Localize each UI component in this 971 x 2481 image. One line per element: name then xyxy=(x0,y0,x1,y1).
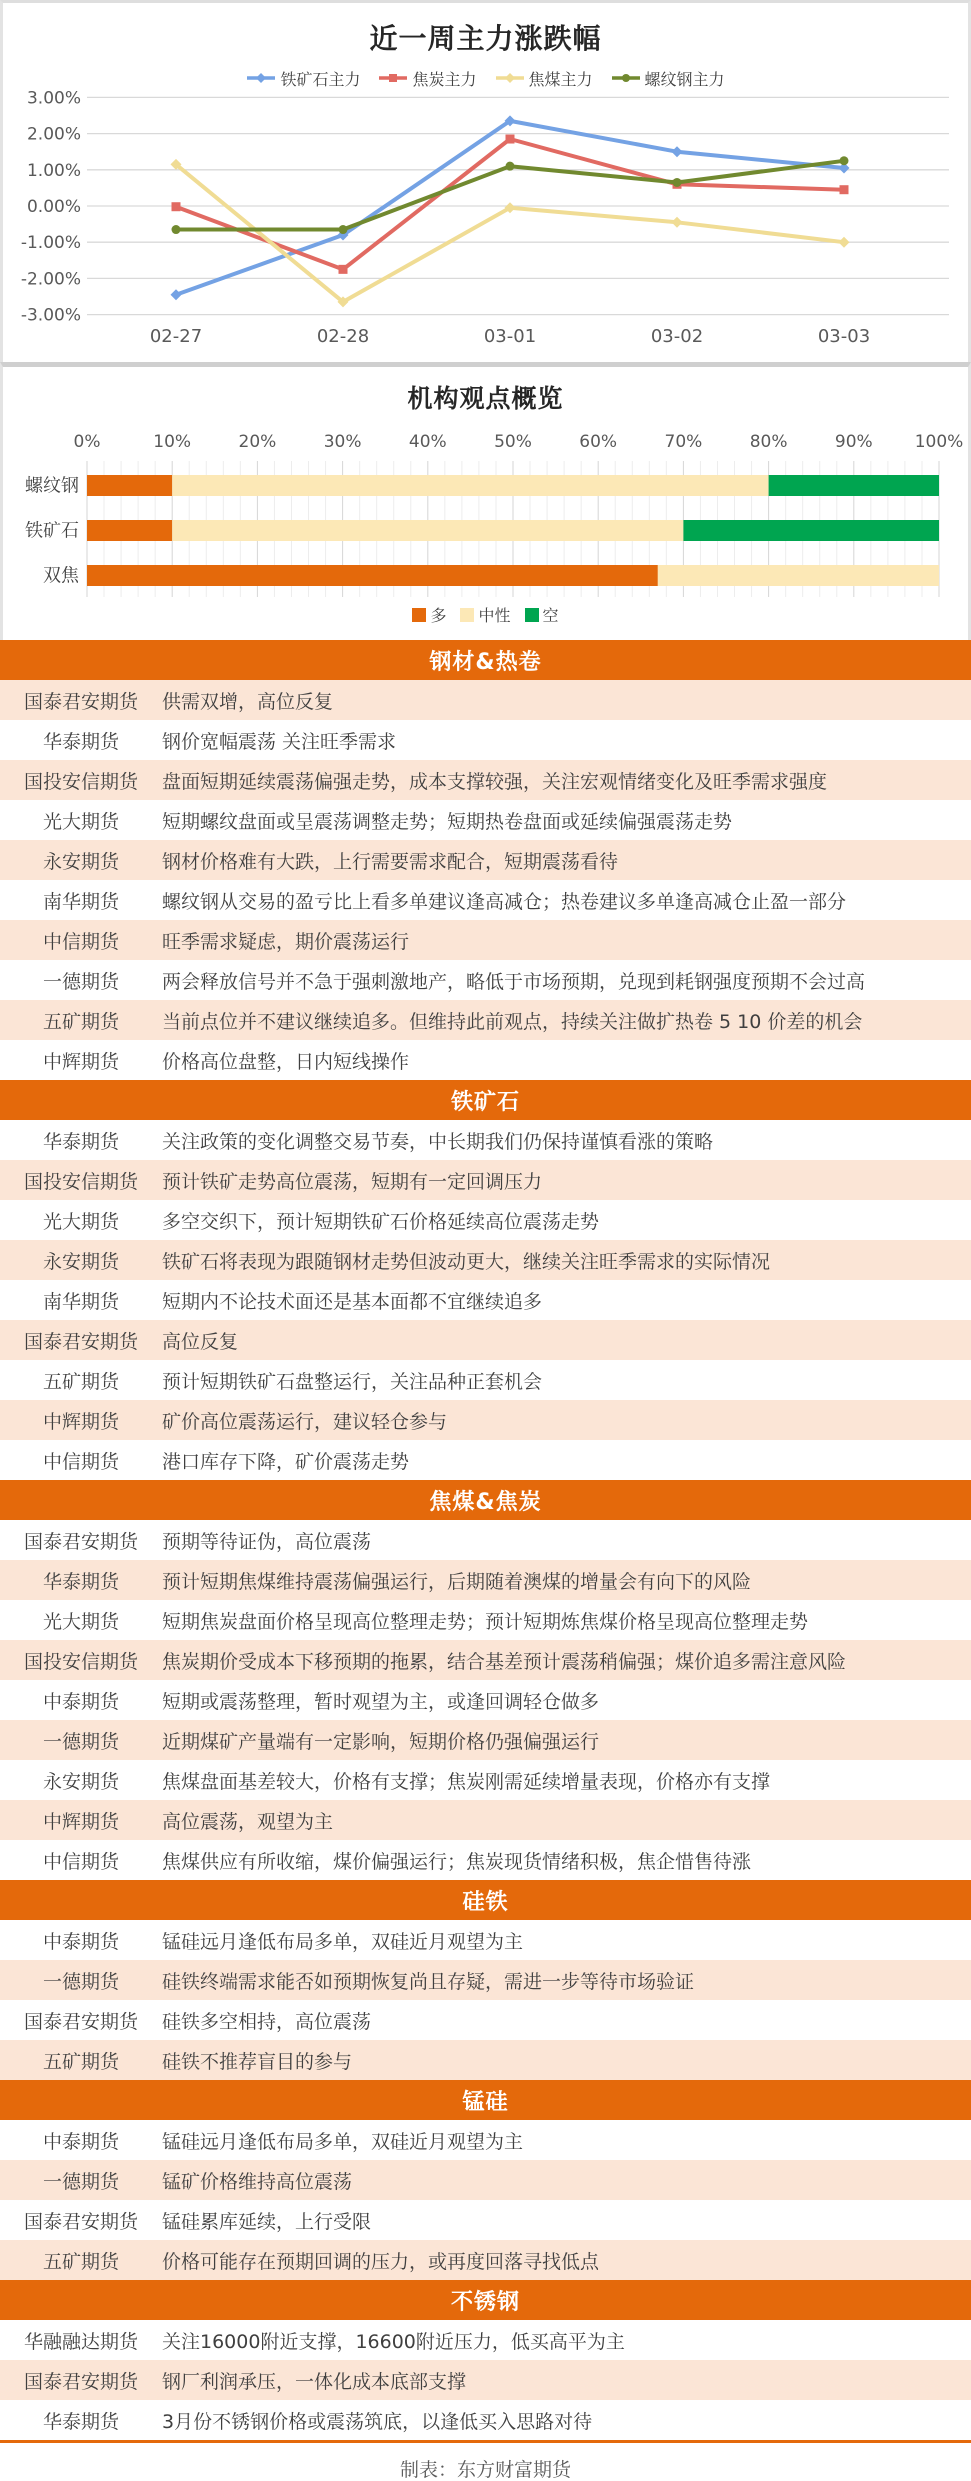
bar-segment xyxy=(683,520,939,541)
legend-label: 铁矿石主力 xyxy=(280,67,360,90)
table-row: 国泰君安期货供需双增，高位反复 xyxy=(0,680,971,720)
x-axis-tick-label: 30% xyxy=(324,432,362,452)
opinion-text: 两会释放信号并不急于强刺激地产，略低于市场预期，兑现到耗钢强度预期不会过高 xyxy=(162,967,971,994)
table-row: 国投安信期货盘面短期延续震荡偏强走势，成本支撑较强，关注宏观情绪变化及旺季需求强… xyxy=(0,760,971,800)
firm-name: 南华期货 xyxy=(0,1287,162,1314)
firm-name: 国投安信期货 xyxy=(0,1167,162,1194)
data-point-marker xyxy=(506,162,515,171)
opinion-text: 短期螺纹盘面或呈震荡调整走势；短期热卷盘面或延续偏强震荡走势 xyxy=(162,807,971,834)
firm-name: 中辉期货 xyxy=(0,1407,162,1434)
table-row: 中信期货港口库存下降，矿价震荡走势 xyxy=(0,1440,971,1480)
x-axis-tick-label: 80% xyxy=(750,432,788,452)
firm-name: 华泰期货 xyxy=(0,1567,162,1594)
table-row: 一德期货硅铁终端需求能否如预期恢复尚且存疑，需进一步等待市场验证 xyxy=(0,1960,971,2000)
table-row: 五矿期货价格可能存在预期回调的压力，或再度回落寻找低点 xyxy=(0,2240,971,2280)
firm-name: 国泰君安期货 xyxy=(0,687,162,714)
opinion-text: 当前点位并不建议继续追多。但维持此前观点，持续关注做扩热卷 5 10 价差的机会 xyxy=(162,1007,971,1034)
section-header: 焦煤&焦炭 xyxy=(0,1480,971,1520)
table-row: 中信期货旺季需求疑虑，期价震荡运行 xyxy=(0,920,971,960)
firm-name: 国泰君安期货 xyxy=(0,1327,162,1354)
opinion-text: 硅铁多空相持，高位震荡 xyxy=(162,2007,971,2034)
firm-name: 光大期货 xyxy=(0,807,162,834)
bar-category-label: 铁矿石 xyxy=(25,521,79,542)
legend-swatch-icon xyxy=(525,608,539,622)
y-axis-tick-label: 2.00% xyxy=(27,125,81,145)
opinion-text: 预计短期铁矿石盘整运行，关注品种正套机会 xyxy=(162,1367,971,1394)
firm-name: 五矿期货 xyxy=(0,1367,162,1394)
section-header: 不锈钢 xyxy=(0,2280,971,2320)
legend-marker-icon xyxy=(495,71,525,85)
firm-name: 国泰君安期货 xyxy=(0,2367,162,2394)
table-row: 华融融达期货关注16000附近支撑，16600附近压力，低买高平为主 xyxy=(0,2320,971,2360)
table-row: 中泰期货锰硅远月逢低布局多单，双硅近月观望为主 xyxy=(0,1920,971,1960)
y-axis-tick-label: -3.00% xyxy=(21,306,81,326)
legend-label: 中性 xyxy=(478,603,510,626)
table-row: 华泰期货钢价宽幅震荡 关注旺季需求 xyxy=(0,720,971,760)
firm-name: 国泰君安期货 xyxy=(0,2207,162,2234)
table-row: 国泰君安期货钢厂利润承压，一体化成本底部支撑 xyxy=(0,2360,971,2400)
firm-name: 中信期货 xyxy=(0,927,162,954)
opinion-text: 关注政策的变化调整交易节奏，中长期我们仍保持谨慎看涨的策略 xyxy=(162,1127,971,1154)
data-point-marker xyxy=(672,217,683,228)
bar-chart-title: 机构观点概览 xyxy=(3,367,968,415)
x-axis-tick-label: 02-27 xyxy=(150,326,202,347)
y-axis-tick-label: 3.00% xyxy=(27,89,81,108)
x-axis-tick-label: 03-03 xyxy=(818,326,870,347)
x-axis-tick-label: 03-02 xyxy=(651,326,703,347)
table-row: 国泰君安期货高位反复 xyxy=(0,1320,971,1360)
table-row: 永安期货焦煤盘面基差较大，价格有支撑；焦炭刚需延续增量表现，价格亦有支撑 xyxy=(0,1760,971,1800)
opinion-text: 价格可能存在预期回调的压力，或再度回落寻找低点 xyxy=(162,2247,971,2274)
y-axis-tick-label: -1.00% xyxy=(21,233,81,253)
opinion-text: 旺季需求疑虑，期价震荡运行 xyxy=(162,927,971,954)
data-point-marker xyxy=(389,74,397,82)
table-row: 华泰期货预计短期焦煤维持震荡偏强运行，后期随着澳煤的增量会有向下的风险 xyxy=(0,1560,971,1600)
firm-name: 永安期货 xyxy=(0,847,162,874)
series-line xyxy=(176,161,844,230)
credit-text: 制表：东方财富期货 xyxy=(0,2443,971,2481)
legend-item: 中性 xyxy=(460,603,510,626)
section-header: 钢材&热卷 xyxy=(0,640,971,680)
firm-name: 国泰君安期货 xyxy=(0,2007,162,2034)
data-point-marker xyxy=(505,73,515,83)
data-point-marker xyxy=(840,156,849,165)
bar-segment xyxy=(172,520,683,541)
opinion-text: 短期或震荡整理，暂时观望为主，或逢回调轻仓做多 xyxy=(162,1687,971,1714)
opinion-text: 螺纹钢从交易的盈亏比上看多单建议逢高减仓；热卷建议多单逢高减仓止盈一部分 xyxy=(162,887,971,914)
opinion-text: 价格高位盘整，日内短线操作 xyxy=(162,1047,971,1074)
opinion-text: 港口库存下降，矿价震荡走势 xyxy=(162,1447,971,1474)
legend-marker-icon xyxy=(611,71,641,85)
opinion-text: 硅铁终端需求能否如预期恢复尚且存疑，需进一步等待市场验证 xyxy=(162,1967,971,1994)
legend-item: 螺纹钢主力 xyxy=(611,67,725,90)
footer: 制表：东方财富期货 xyxy=(0,2440,971,2481)
opinion-text: 矿价高位震荡运行，建议轻仓参与 xyxy=(162,1407,971,1434)
table-row: 一德期货近期煤矿产量端有一定影响，短期价格仍强偏强运行 xyxy=(0,1720,971,1760)
firm-name: 中泰期货 xyxy=(0,1687,162,1714)
bar-segment xyxy=(769,475,939,496)
data-point-marker xyxy=(171,289,182,300)
bar-chart-canvas: 0%10%20%30%40%50%60%70%80%90%100%螺纹钢铁矿石双… xyxy=(3,419,968,609)
opinion-text: 锰硅累库延续，上行受限 xyxy=(162,2207,971,2234)
firm-name: 一德期货 xyxy=(0,1967,162,1994)
legend-label: 空 xyxy=(543,603,559,626)
table-row: 一德期货两会释放信号并不急于强刺激地产，略低于市场预期，兑现到耗钢强度预期不会过… xyxy=(0,960,971,1000)
legend-label: 焦煤主力 xyxy=(529,67,593,90)
section-header: 锰硅 xyxy=(0,2080,971,2120)
opinion-text: 高位震荡，观望为主 xyxy=(162,1807,971,1834)
opinion-text: 预计短期焦煤维持震荡偏强运行，后期随着澳煤的增量会有向下的风险 xyxy=(162,1567,971,1594)
x-axis-tick-label: 02-28 xyxy=(317,326,369,347)
table-row: 光大期货短期螺纹盘面或呈震荡调整走势；短期热卷盘面或延续偏强震荡走势 xyxy=(0,800,971,840)
opinion-text: 焦煤盘面基差较大，价格有支撑；焦炭刚需延续增量表现，价格亦有支撑 xyxy=(162,1767,971,1794)
firm-name: 中辉期货 xyxy=(0,1047,162,1074)
opinion-text: 3月份不锈钢价格或震荡筑底，以逢低买入思路对待 xyxy=(162,2407,971,2434)
opinion-text: 钢价宽幅震荡 关注旺季需求 xyxy=(162,727,971,754)
firm-name: 五矿期货 xyxy=(0,1007,162,1034)
data-point-marker xyxy=(839,237,850,248)
firm-name: 中信期货 xyxy=(0,1447,162,1474)
legend-item: 焦煤主力 xyxy=(495,67,593,90)
opinion-tables: 钢材&热卷国泰君安期货供需双增，高位反复华泰期货钢价宽幅震荡 关注旺季需求国投安… xyxy=(0,640,971,2440)
table-row: 国泰君安期货硅铁多空相持，高位震荡 xyxy=(0,2000,971,2040)
opinion-text: 锰矿价格维持高位震荡 xyxy=(162,2167,971,2194)
table-row: 中泰期货锰硅远月逢低布局多单，双硅近月观望为主 xyxy=(0,2120,971,2160)
table-row: 中辉期货高位震荡，观望为主 xyxy=(0,1800,971,1840)
table-row: 中泰期货短期或震荡整理，暂时观望为主，或逢回调轻仓做多 xyxy=(0,1680,971,1720)
bar-category-label: 螺纹钢 xyxy=(25,476,79,497)
firm-name: 永安期货 xyxy=(0,1767,162,1794)
opinion-text: 锰硅远月逢低布局多单，双硅近月观望为主 xyxy=(162,2127,971,2154)
x-axis-tick-label: 90% xyxy=(835,432,873,452)
opinion-text: 短期内不论技术面还是基本面都不宜继续追多 xyxy=(162,1287,971,1314)
legend-item: 铁矿石主力 xyxy=(246,67,360,90)
y-axis-tick-label: -2.00% xyxy=(21,269,81,289)
legend-marker-icon xyxy=(246,71,276,85)
bar-segment xyxy=(172,475,768,496)
table-row: 中信期货焦煤供应有所收缩，煤价偏强运行；焦炭现货情绪积极，焦企惜售待涨 xyxy=(0,1840,971,1880)
table-row: 国投安信期货预计铁矿走势高位震荡，短期有一定回调压力 xyxy=(0,1160,971,1200)
line-chart-title: 近一周主力涨跌幅 xyxy=(3,3,968,57)
firm-name: 光大期货 xyxy=(0,1207,162,1234)
opinion-text: 盘面短期延续震荡偏强走势，成本支撑较强，关注宏观情绪变化及旺季需求强度 xyxy=(162,767,971,794)
firm-name: 国投安信期货 xyxy=(0,767,162,794)
opinion-text: 多空交织下，预计短期铁矿石价格延续高位震荡走势 xyxy=(162,1207,971,1234)
legend-swatch-icon xyxy=(460,608,474,622)
legend-item: 焦炭主力 xyxy=(378,67,476,90)
opinion-text: 供需双增，高位反复 xyxy=(162,687,971,714)
firm-name: 华泰期货 xyxy=(0,727,162,754)
legend-label: 焦炭主力 xyxy=(412,67,476,90)
firm-name: 一德期货 xyxy=(0,1727,162,1754)
opinion-text: 近期煤矿产量端有一定影响，短期价格仍强偏强运行 xyxy=(162,1727,971,1754)
table-row: 五矿期货当前点位并不建议继续追多。但维持此前观点，持续关注做扩热卷 5 10 价… xyxy=(0,1000,971,1040)
firm-name: 中泰期货 xyxy=(0,1927,162,1954)
bar-segment xyxy=(658,565,939,586)
table-row: 中辉期货价格高位盘整，日内短线操作 xyxy=(0,1040,971,1080)
bar-segment xyxy=(87,475,172,496)
data-point-marker xyxy=(172,225,181,234)
table-row: 华泰期货3月份不锈钢价格或震荡筑底，以逢低买入思路对待 xyxy=(0,2400,971,2440)
legend-label: 多 xyxy=(430,603,446,626)
table-row: 南华期货短期内不论技术面还是基本面都不宜继续追多 xyxy=(0,1280,971,1320)
table-row: 五矿期货硅铁不推荐盲目的参与 xyxy=(0,2040,971,2080)
opinion-text: 高位反复 xyxy=(162,1327,971,1354)
table-row: 中辉期货矿价高位震荡运行，建议轻仓参与 xyxy=(0,1400,971,1440)
opinion-text: 焦煤供应有所收缩，煤价偏强运行；焦炭现货情绪积极，焦企惜售待涨 xyxy=(162,1847,971,1874)
data-point-marker xyxy=(256,73,266,83)
firm-name: 华泰期货 xyxy=(0,1127,162,1154)
opinion-text: 铁矿石将表现为跟随钢材走势但波动更大，继续关注旺季需求的实际情况 xyxy=(162,1247,971,1274)
table-row: 一德期货锰矿价格维持高位震荡 xyxy=(0,2160,971,2200)
x-axis-tick-label: 10% xyxy=(153,432,191,452)
opinion-text: 钢材价格难有大跌，上行需要需求配合，短期震荡看待 xyxy=(162,847,971,874)
x-axis-tick-label: 60% xyxy=(579,432,617,452)
firm-name: 国泰君安期货 xyxy=(0,1527,162,1554)
x-axis-tick-label: 20% xyxy=(239,432,277,452)
x-axis-tick-label: 03-01 xyxy=(484,326,536,347)
opinion-text: 关注16000附近支撑，16600附近压力，低买高平为主 xyxy=(162,2327,971,2354)
table-row: 五矿期货预计短期铁矿石盘整运行，关注品种正套机会 xyxy=(0,1360,971,1400)
weekly-change-line-chart-block: 近一周主力涨跌幅 铁矿石主力焦炭主力焦煤主力螺纹钢主力 3.00%2.00%1.… xyxy=(0,0,971,362)
x-axis-tick-label: 40% xyxy=(409,432,447,452)
section-header: 铁矿石 xyxy=(0,1080,971,1120)
firm-name: 一德期货 xyxy=(0,2167,162,2194)
table-row: 永安期货钢材价格难有大跌，上行需要需求配合，短期震荡看待 xyxy=(0,840,971,880)
table-row: 光大期货短期焦炭盘面价格呈现高位整理走势；预计短期炼焦煤价格呈现高位整理走势 xyxy=(0,1600,971,1640)
firm-name: 国投安信期货 xyxy=(0,1647,162,1674)
legend-swatch-icon xyxy=(412,608,426,622)
futures-opinion-report: 近一周主力涨跌幅 铁矿石主力焦炭主力焦煤主力螺纹钢主力 3.00%2.00%1.… xyxy=(0,0,971,2481)
legend-item: 多 xyxy=(412,603,446,626)
table-row: 国泰君安期货预期等待证伪，高位震荡 xyxy=(0,1520,971,1560)
firm-name: 中信期货 xyxy=(0,1847,162,1874)
opinion-text: 硅铁不推荐盲目的参与 xyxy=(162,2047,971,2074)
data-point-marker xyxy=(339,265,348,274)
firm-name: 一德期货 xyxy=(0,967,162,994)
y-axis-tick-label: 0.00% xyxy=(27,197,81,217)
data-point-marker xyxy=(172,202,181,211)
firm-name: 华泰期货 xyxy=(0,2407,162,2434)
legend-label: 螺纹钢主力 xyxy=(645,67,725,90)
data-point-marker xyxy=(506,135,515,144)
institution-view-bar-chart-block: 机构观点概览 0%10%20%30%40%50%60%70%80%90%100%… xyxy=(0,362,971,640)
x-axis-tick-label: 50% xyxy=(494,432,532,452)
x-axis-tick-label: 0% xyxy=(74,432,101,452)
data-point-marker xyxy=(840,185,849,194)
table-row: 国投安信期货焦炭期价受成本下移预期的拖累，结合基差预计震荡稍偏强；煤价追多需注意… xyxy=(0,1640,971,1680)
legend-marker-icon xyxy=(378,71,408,85)
y-axis-tick-label: 1.00% xyxy=(27,161,81,181)
bar-segment xyxy=(87,520,172,541)
firm-name: 华融融达期货 xyxy=(0,2327,162,2354)
bar-segment xyxy=(87,565,658,586)
firm-name: 五矿期货 xyxy=(0,2047,162,2074)
opinion-text: 焦炭期价受成本下移预期的拖累，结合基差预计震荡稍偏强；煤价追多需注意风险 xyxy=(162,1647,971,1674)
data-point-marker xyxy=(339,225,348,234)
data-point-marker xyxy=(672,146,683,157)
bar-chart-legend: 多中性空 xyxy=(3,603,968,626)
firm-name: 五矿期货 xyxy=(0,2247,162,2274)
firm-name: 南华期货 xyxy=(0,887,162,914)
x-axis-tick-label: 70% xyxy=(665,432,703,452)
firm-name: 永安期货 xyxy=(0,1247,162,1274)
firm-name: 中辉期货 xyxy=(0,1807,162,1834)
table-row: 华泰期货关注政策的变化调整交易节奏，中长期我们仍保持谨慎看涨的策略 xyxy=(0,1120,971,1160)
opinion-text: 预期等待证伪，高位震荡 xyxy=(162,1527,971,1554)
opinion-text: 钢厂利润承压，一体化成本底部支撑 xyxy=(162,2367,971,2394)
opinion-text: 锰硅远月逢低布局多单，双硅近月观望为主 xyxy=(162,1927,971,1954)
line-chart-legend: 铁矿石主力焦炭主力焦煤主力螺纹钢主力 xyxy=(3,67,968,89)
section-header: 硅铁 xyxy=(0,1880,971,1920)
data-point-marker xyxy=(622,74,630,82)
opinion-text: 预计铁矿走势高位震荡，短期有一定回调压力 xyxy=(162,1167,971,1194)
firm-name: 中泰期货 xyxy=(0,2127,162,2154)
x-axis-tick-label: 100% xyxy=(915,432,964,452)
table-row: 永安期货铁矿石将表现为跟随钢材走势但波动更大，继续关注旺季需求的实际情况 xyxy=(0,1240,971,1280)
line-chart-canvas: 3.00%2.00%1.00%0.00%-1.00%-2.00%-3.00%02… xyxy=(3,89,968,357)
legend-item: 空 xyxy=(525,603,559,626)
table-row: 光大期货多空交织下，预计短期铁矿石价格延续高位震荡走势 xyxy=(0,1200,971,1240)
data-point-marker xyxy=(673,178,682,187)
bar-category-label: 双焦 xyxy=(43,566,80,587)
firm-name: 光大期货 xyxy=(0,1607,162,1634)
table-row: 国泰君安期货锰硅累库延续，上行受限 xyxy=(0,2200,971,2240)
opinion-text: 短期焦炭盘面价格呈现高位整理走势；预计短期炼焦煤价格呈现高位整理走势 xyxy=(162,1607,971,1634)
table-row: 南华期货螺纹钢从交易的盈亏比上看多单建议逢高减仓；热卷建议多单逢高减仓止盈一部分 xyxy=(0,880,971,920)
